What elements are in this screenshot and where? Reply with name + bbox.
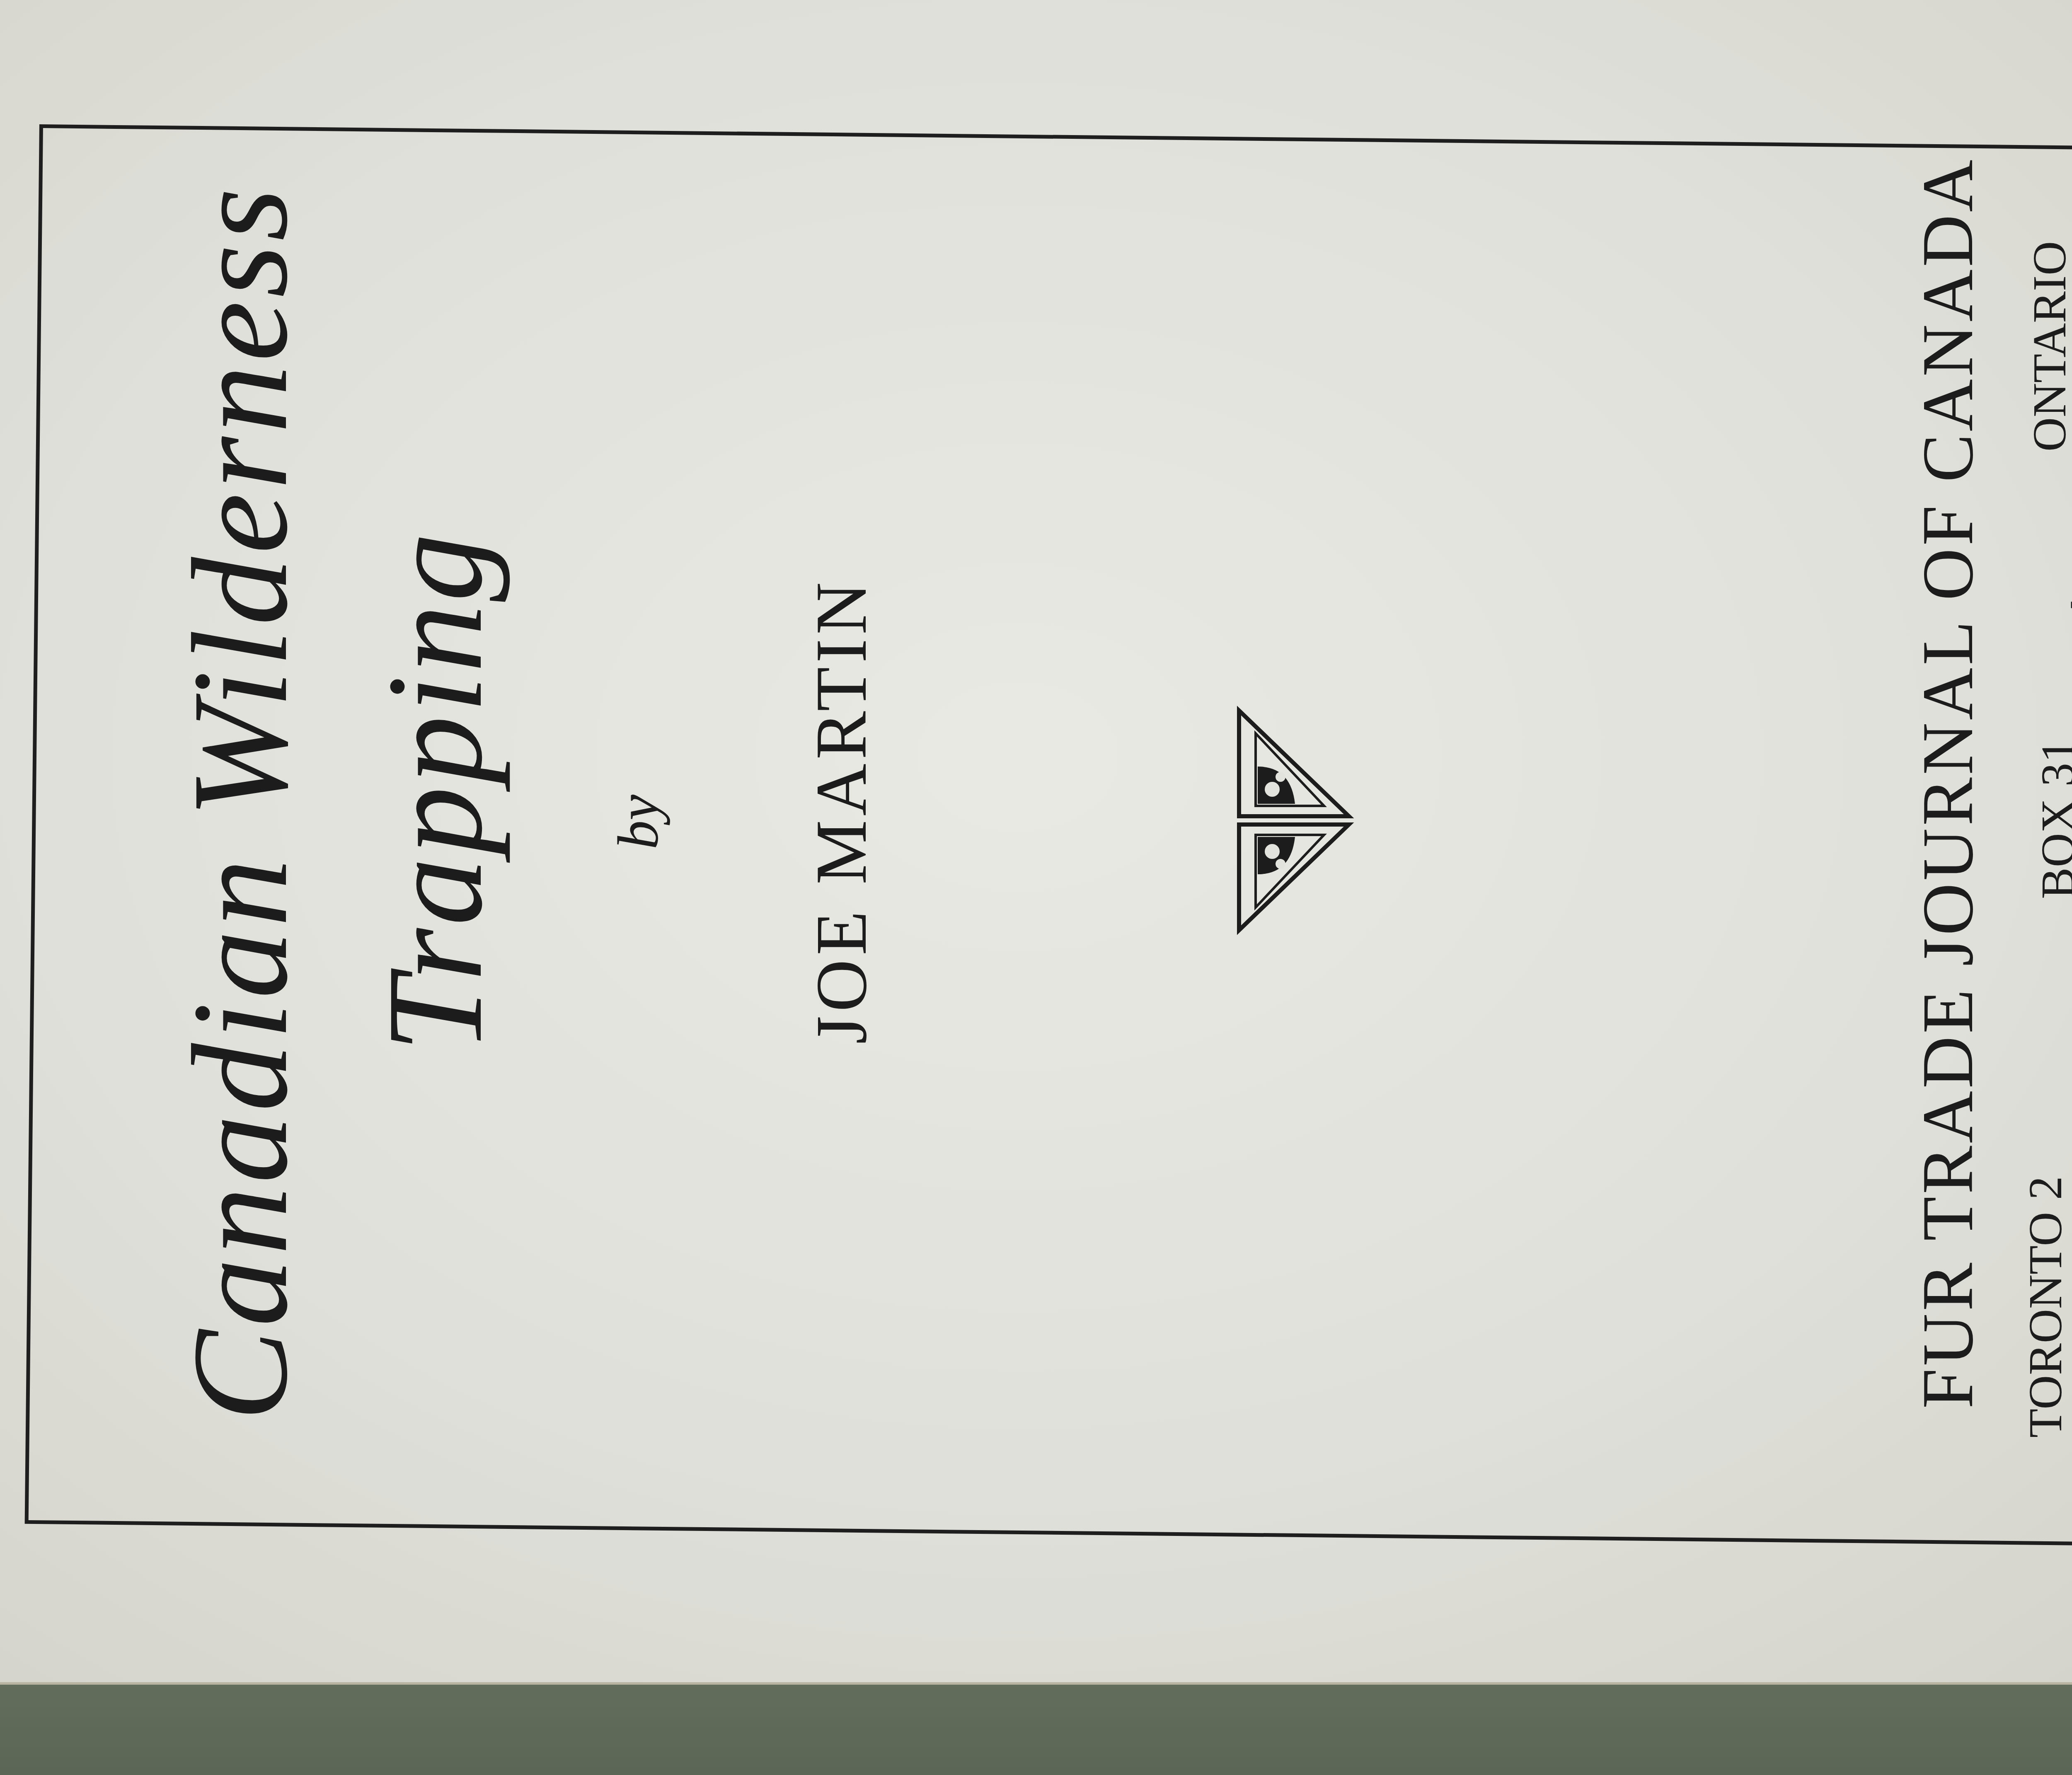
by-label: by xyxy=(605,795,672,849)
double-triangle-ornament-icon xyxy=(1233,704,1361,936)
book-title-line2: Trapping xyxy=(356,531,513,1052)
author-name: JOE MARTIN xyxy=(800,578,883,1044)
address-box: BOX 31 xyxy=(2031,739,2072,899)
book-title-line1: Canadian Wilderness xyxy=(162,184,319,1421)
address-separator: - xyxy=(2055,601,2072,609)
title-page: Canadian Wilderness Trapping by JOE MART… xyxy=(0,0,2072,1685)
address-city: TORONTO 2 xyxy=(2018,1176,2072,1438)
address-province: ONTARIO xyxy=(2022,241,2072,452)
publisher-name: FUR TRADE JOURNAL OF CANADA xyxy=(1906,157,1990,1409)
page-border-frame xyxy=(25,124,2072,1547)
